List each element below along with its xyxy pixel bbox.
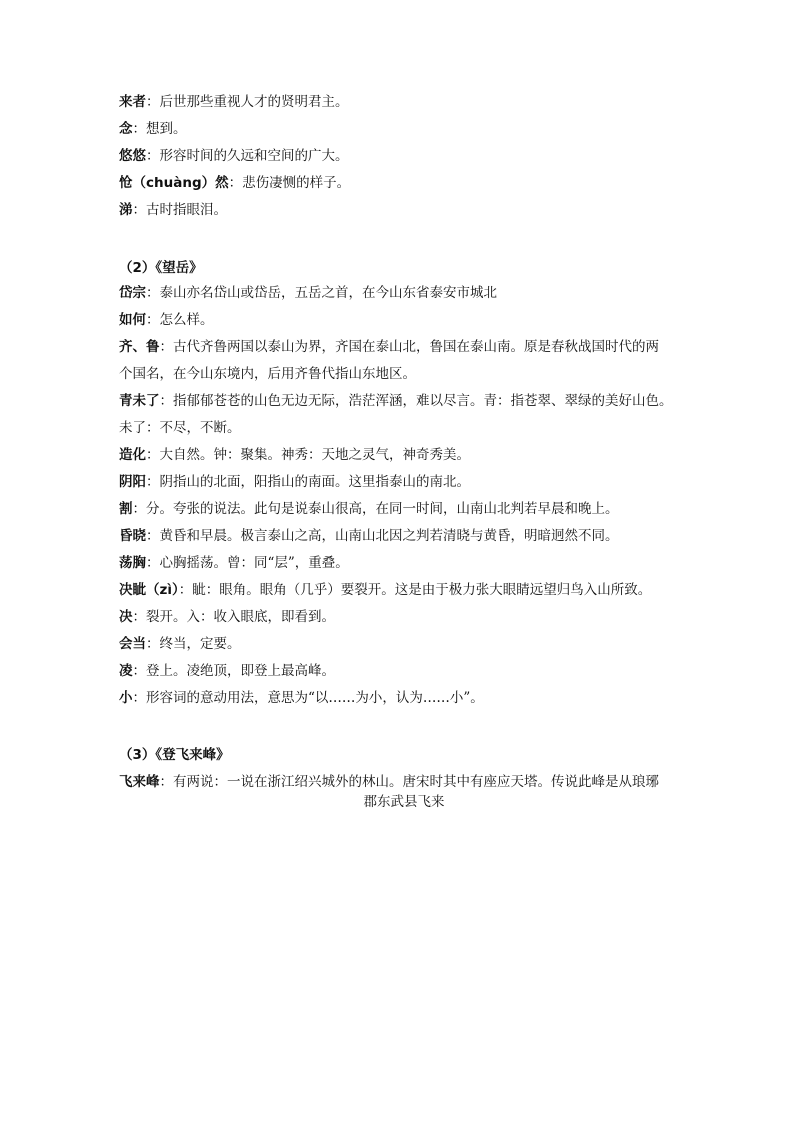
entry-ge: 割：分。夸张的说法。此句是说泰山很高，在同一时间，山南山北判若早晨和晚上。	[119, 500, 619, 518]
entry-qingweiliao: 青未了：指郁郁苍苍的山色无边无际，浩茫浑涵，难以尽言。青：指苍翠、翠绿的美好山色…	[119, 392, 673, 410]
entry-qilu: 齐、鲁：古代齐鲁两国以泰山为界，齐国在泰山北，鲁国在泰山南。原是春秋战国时代的两	[119, 338, 659, 356]
entry-definition: ：阴指山的北面，阳指山的南面。这里指泰山的南北。	[146, 474, 470, 490]
entry-term: 岱宗	[119, 285, 146, 301]
entry-definition: ：指郁郁苍苍的山色无边无际，浩茫浑涵，难以尽言。青：指苍翠、翠绿的美好山色。	[160, 393, 673, 409]
entry-definition: ：想到。	[133, 121, 187, 137]
entry-definition: ：悲伤凄恻的样子。	[229, 175, 351, 191]
entry-definition: ：形容词的意动用法，意思为“以……为小，认为……小”。	[133, 690, 484, 706]
entry-juezi: 决眦（zì）：眦：眼角。眼角（几乎）要裂开。这是由于极力张大眼睛远望归鸟入山所致…	[119, 581, 651, 599]
entry-daizong: 岱宗：泰山亦名岱山或岱岳，五岳之首，在今山东省泰安市城北	[119, 284, 497, 302]
entry-term: 青未了	[119, 393, 160, 409]
entry-definition: 未了：不尽，不断。	[119, 420, 241, 436]
entry-ti: 涕：古时指眼泪。	[119, 201, 227, 219]
entry-dangxiong: 荡胸：心胸摇荡。曾：同“层”，重叠。	[119, 554, 349, 572]
entry-term: 念	[119, 121, 133, 137]
entry-definition: ：裂开。入：收入眼底，即看到。	[133, 609, 336, 625]
entry-laizhe: 来者：后世那些重视人才的贤明君主。	[119, 93, 349, 111]
entry-definition: 郡东武县飞来	[364, 794, 445, 810]
entry-term: 荡胸	[119, 555, 146, 571]
entry-definition: ：终当，定要。	[146, 636, 241, 652]
entry-term: 怆（chuàng）然	[119, 175, 229, 191]
entry-chuangran: 怆（chuàng）然：悲伤凄恻的样子。	[119, 174, 350, 192]
entry-definition: ：古代齐鲁两国以泰山为界，齐国在泰山北，鲁国在泰山南。原是春秋战国时代的两	[160, 339, 660, 355]
entry-definition: ：黄昏和早晨。极言泰山之高，山南山北因之判若清晓与黄昏，明暗迥然不同。	[146, 528, 619, 544]
entry-term: 割	[119, 501, 133, 517]
entry-definition: ：登上。凌绝顶，即登上最高峰。	[133, 663, 336, 679]
entry-youyou: 悠悠：形容时间的久远和空间的广大。	[119, 147, 349, 165]
entry-definition: ：有两说：一说在浙江绍兴城外的林山。唐宋时其中有座应天塔。传说此峰是从琅琊	[160, 774, 660, 790]
entry-term: 造化	[119, 447, 146, 463]
entry-term: 涕	[119, 202, 133, 218]
entry-qingweiliao-cont: 未了：不尽，不断。	[119, 419, 241, 437]
entry-term: 决眦（zì）	[119, 582, 179, 598]
entry-zaohua: 造化：大自然。钟：聚集。神秀：天地之灵气，神奇秀美。	[119, 446, 470, 464]
entry-feilaifeng-cont: 郡东武县飞来	[119, 793, 689, 811]
section-heading-wangyue: （2）《望岳》	[119, 259, 203, 277]
entry-definition: ：后世那些重视人才的贤明君主。	[146, 94, 349, 110]
entry-term: 会当	[119, 636, 146, 652]
entry-term: 凌	[119, 663, 133, 679]
entry-definition: ：眦：眼角。眼角（几乎）要裂开。这是由于极力张大眼睛远望归鸟入山所致。	[179, 582, 652, 598]
entry-xiao: 小：形容词的意动用法，意思为“以……为小，认为……小”。	[119, 689, 484, 707]
entry-definition: 个国名，在今山东境内，后用齐鲁代指山东地区。	[119, 366, 416, 382]
entry-hunxiao: 昏晓：黄昏和早晨。极言泰山之高，山南山北因之判若清晓与黄昏，明暗迥然不同。	[119, 527, 619, 545]
entry-definition: ：怎么样。	[146, 312, 214, 328]
entry-huidang: 会当：终当，定要。	[119, 635, 241, 653]
entry-qilu-cont: 个国名，在今山东境内，后用齐鲁代指山东地区。	[119, 365, 416, 383]
entry-ruhe: 如何：怎么样。	[119, 311, 214, 329]
entry-definition: ：泰山亦名岱山或岱岳，五岳之首，在今山东省泰安市城北	[146, 285, 497, 301]
entry-term: 悠悠	[119, 148, 146, 164]
entry-term: 昏晓	[119, 528, 146, 544]
entry-term: 阴阳	[119, 474, 146, 490]
entry-definition: ：大自然。钟：聚集。神秀：天地之灵气，神奇秀美。	[146, 447, 470, 463]
entry-ling: 凌：登上。凌绝顶，即登上最高峰。	[119, 662, 335, 680]
entry-definition: ：心胸摇荡。曾：同“层”，重叠。	[146, 555, 349, 571]
entry-term: 决	[119, 609, 133, 625]
entry-jue: 决：裂开。入：收入眼底，即看到。	[119, 608, 335, 626]
entry-term: 如何	[119, 312, 146, 328]
section-heading-dengfeilaifeng: （3）《登飞来峰》	[119, 746, 230, 764]
entry-definition: ：分。夸张的说法。此句是说泰山很高，在同一时间，山南山北判若早晨和晚上。	[133, 501, 619, 517]
entry-definition: ：古时指眼泪。	[133, 202, 228, 218]
entry-term: 小	[119, 690, 133, 706]
entry-feilaifeng: 飞来峰：有两说：一说在浙江绍兴城外的林山。唐宋时其中有座应天塔。传说此峰是从琅琊	[119, 773, 659, 791]
entry-term: 来者	[119, 94, 146, 110]
entry-definition: ：形容时间的久远和空间的广大。	[146, 148, 349, 164]
entry-nian: 念：想到。	[119, 120, 187, 138]
entry-term: 飞来峰	[119, 774, 160, 790]
entry-term: 齐、鲁	[119, 339, 160, 355]
entry-yinyang: 阴阳：阴指山的北面，阳指山的南面。这里指泰山的南北。	[119, 473, 470, 491]
